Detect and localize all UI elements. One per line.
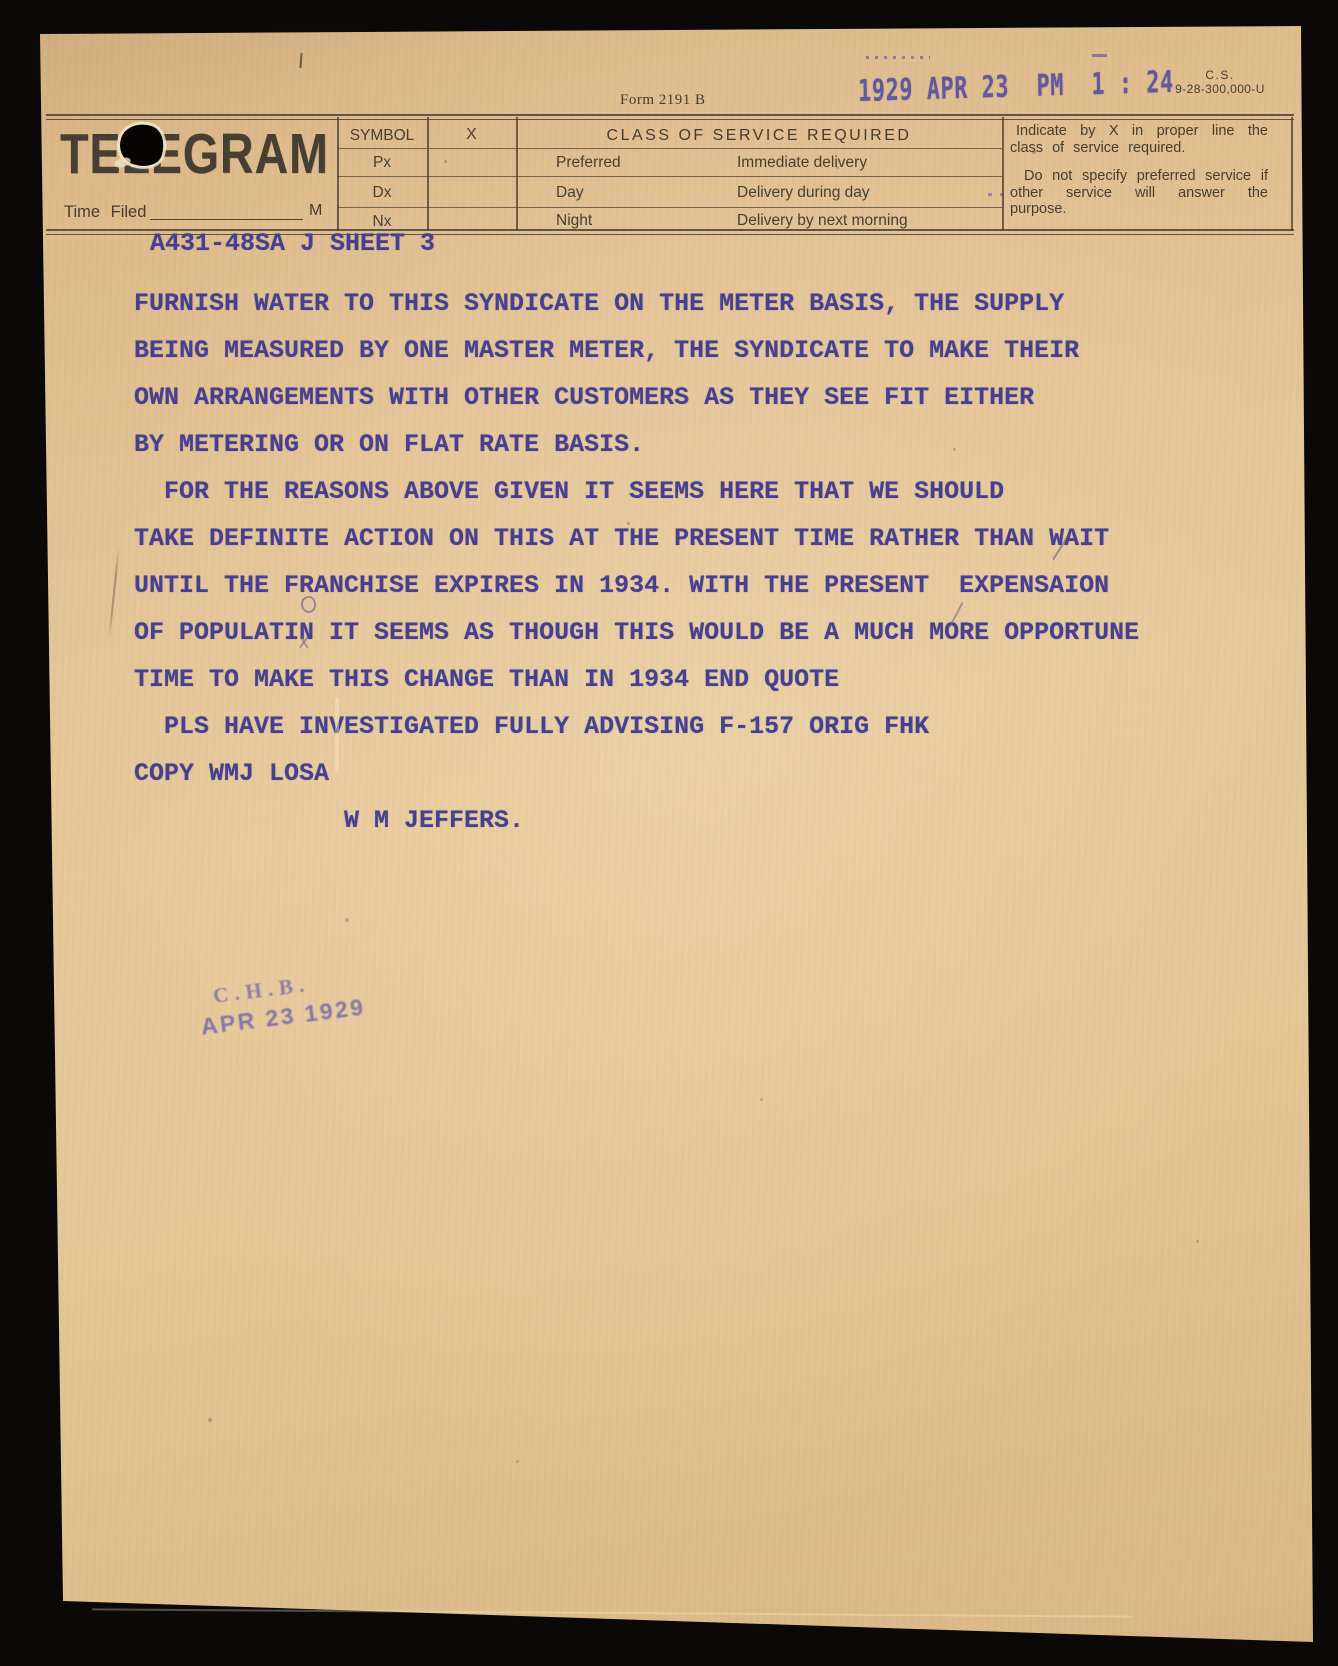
telegram-photo: Form 2191 B C.S. 9-28-300,000-U 1929 APR… [0, 0, 1338, 1666]
paper-streak [335, 698, 339, 772]
paper-speck [760, 1098, 763, 1101]
signature-line: W M JEFFERS. [134, 808, 524, 833]
form-number: Form 2191 B [620, 92, 706, 109]
table-row-line-1 [337, 148, 1002, 149]
table-divider-instructions [1002, 117, 1004, 231]
table-row-delivery: Immediate delivery [737, 154, 867, 172]
message-line: OWN ARRANGEMENTS WITH OTHER CUSTOMERS AS… [134, 385, 1034, 410]
message-line: TIME TO MAKE THIS CHANGE THAN IN 1934 EN… [134, 667, 839, 692]
message-line: BY METERING OR ON FLAT RATE BASIS. [134, 432, 644, 457]
message-line: BEING MEASURED BY ONE MASTER METER, THE … [134, 338, 1079, 363]
instructions-paragraph-1: Indicate by X in proper line the class o… [1010, 123, 1268, 156]
header-rule-top-2 [46, 119, 1294, 121]
stamp-ink-dots [866, 56, 930, 59]
message-reference-line: A431-48SA J SHEET 3 [150, 231, 435, 256]
message-line: FOR THE REASONS ABOVE GIVEN IT SEEMS HER… [134, 479, 1004, 504]
table-row-service: Day [556, 184, 584, 202]
table-row-symbol: Px [337, 154, 427, 172]
message-line: COPY WMJ LOSA [134, 761, 329, 786]
symbol-column-header: SYMBOL [337, 127, 427, 145]
paper-speck [345, 918, 349, 922]
paper-speck [516, 1460, 519, 1463]
message-line: FURNISH WATER TO THIS SYNDICATE ON THE M… [134, 291, 1064, 316]
table-row-line-2 [337, 176, 1002, 177]
paper-speck [1196, 1240, 1199, 1243]
table-row-delivery: Delivery during day [737, 184, 870, 202]
table-row-delivery: Delivery by next morning [737, 212, 908, 230]
stamp-ink-dash-lower [988, 193, 1010, 196]
paper-speck [444, 160, 447, 163]
telegram-brand: TELEGRAM [60, 126, 329, 183]
table-row-service: Preferred [556, 154, 621, 172]
stamp-ink-dash [1092, 54, 1107, 57]
table-row-service: Night [556, 212, 592, 230]
table-row-line-3 [337, 207, 1002, 208]
message-line: UNTIL THE FRANCHISE EXPIRES IN 1934. WIT… [134, 573, 1109, 598]
header-rule-top-1 [46, 114, 1294, 116]
class-of-service-header: CLASS OF SERVICE REQUIRED [516, 127, 1002, 145]
time-filed-blank-line [150, 219, 303, 220]
message-line: PLS HAVE INVESTIGATED FULLY ADVISING F-1… [134, 714, 929, 739]
table-row-symbol: Dx [337, 184, 427, 202]
time-filed-label: Time Filed [64, 203, 146, 222]
paper-speck [953, 448, 956, 451]
paper-speck [836, 166, 839, 169]
x-column-header: X [427, 126, 516, 144]
message-line: OF POPULATIN IT SEEMS AS THOUGH THIS WOU… [134, 620, 1139, 645]
paper-speck [627, 522, 630, 525]
cs-label: C.S. [1180, 68, 1260, 82]
paper-speck [1032, 150, 1036, 154]
message-line: TAKE DEFINITE ACTION ON THIS AT THE PRES… [134, 526, 1109, 551]
instructions-paragraph-2: Do not specify preferred service if othe… [1010, 168, 1268, 218]
time-filed-meridiem: M [309, 202, 322, 220]
handwritten-caret-mark [297, 635, 310, 648]
table-border-right [1291, 117, 1293, 231]
paper-speck [208, 1418, 212, 1422]
cs-print-number: 9-28-300,000-U [1155, 82, 1285, 96]
